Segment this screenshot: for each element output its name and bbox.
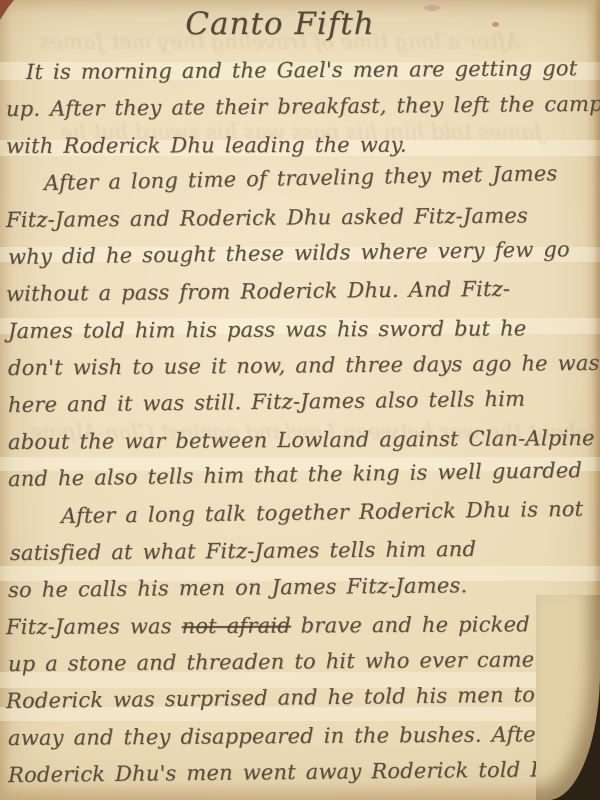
- manuscript-line: without a pass from Roderick Dhu. And Fi…: [6, 270, 600, 313]
- struck-text: not afraid: [182, 614, 291, 639]
- line-text: brave and he picked: [291, 612, 530, 637]
- manuscript-line: James told him his pass was his sword bu…: [8, 310, 600, 350]
- manuscript-line: It is morning and the Gael's men are get…: [26, 50, 600, 91]
- page-title: Canto Fifth: [0, 6, 560, 42]
- manuscript-line: here and it was still. Fitz-James also t…: [8, 380, 600, 424]
- pink-smudge: [424, 5, 440, 11]
- manuscript-line: After a long talk together Roderick Dhu …: [61, 490, 600, 535]
- manuscript-line: up. After they ate their breakfast, they…: [6, 86, 600, 128]
- manuscript-line: why did he sought these wilds where very…: [8, 231, 600, 276]
- red-speck: [492, 22, 499, 27]
- manuscript-line-with-strikethrough: Fitz-James was not afraid brave and he p…: [6, 606, 600, 646]
- manuscript-line: satisfied at what Fitz-James tells him a…: [10, 530, 600, 572]
- manuscript-line: Roderick was surprised and he told his m…: [6, 676, 600, 720]
- manuscript-body: It is morning and the Gael's men are get…: [6, 54, 600, 794]
- manuscript-page: After a long time of traveling they met …: [0, 0, 600, 800]
- manuscript-line: so he calls his men on James Fitz-James.: [8, 566, 600, 609]
- line-text: Fitz-James was: [6, 614, 182, 639]
- manuscript-line: Roderick Dhu's men went away Roderick to…: [8, 751, 600, 794]
